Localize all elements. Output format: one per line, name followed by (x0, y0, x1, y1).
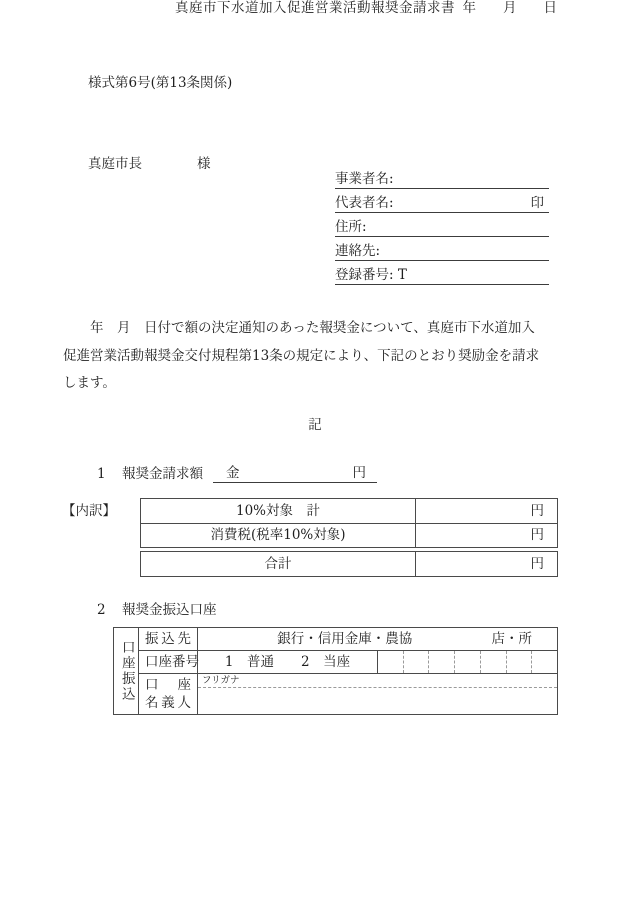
body-line-2: 促進営業活動報奨金交付規程第13条の規定により、下記のとおり奨励金を請求 (63, 343, 549, 371)
account-digit-cells (378, 651, 557, 673)
applicant-fields: 事業者名: 代表者名: 印 住所: 連絡先: 登録番号: T (335, 165, 549, 285)
account-holder-blank (198, 688, 557, 714)
uchiwake-item-label: 消費税(税率10%対象) (141, 524, 416, 547)
addressee-name: 真庭市長 (88, 156, 142, 172)
account-number-label: 口座番号 (145, 653, 191, 671)
field-representative-label: 代表者名: (335, 195, 394, 211)
account-number-row: 口座番号 1 普通 2 当座 (139, 651, 557, 674)
account-digit-cell (378, 651, 403, 673)
uchiwake-table: 10%対象 計 円 消費税(税率10%対象) 円 (140, 498, 558, 548)
uchiwake-total-table: 合計 円 (140, 551, 558, 577)
account-number-cell: 1 普通 2 当座 (198, 651, 557, 673)
field-business-name-label: 事業者名: (335, 171, 394, 187)
account-digit-cell (480, 651, 506, 673)
account-table-main: 振込先 銀行・信用金庫・農協 店・所 口座番号 1 普通 2 当座 口座 (139, 628, 557, 714)
furigana-label: フリガナ (198, 674, 557, 688)
uchiwake-item-label: 10%対象 計 (141, 499, 416, 523)
form-number: 様式第6号(第13条関係) (88, 75, 232, 91)
date-line: 年 月 日 (463, 0, 558, 16)
uchiwake-row-10pct: 10%対象 計 円 (141, 499, 557, 523)
transfer-destination-header: 振込先 (139, 628, 198, 650)
account-holder-label-line2: 名義人 (145, 694, 191, 712)
account-holder-header: 口座 名義人 (139, 674, 198, 714)
body-line-1: 年 月 日付で額の決定通知のあった報奨金について、真庭市下水道加入 (63, 315, 549, 343)
amount-prefix: 金 (226, 465, 240, 481)
ki-marker: 記 (0, 417, 630, 433)
account-number-header: 口座番号 (139, 651, 198, 673)
field-contact: 連絡先: (335, 237, 549, 261)
uchiwake-label: 【内訳】 (62, 503, 116, 519)
amount-suffix: 円 (353, 465, 367, 481)
account-digit-cell (403, 651, 429, 673)
document-page: 様式第6号(第13条関係) 真庭市下水道加入促進営業活動報奨金請求書 年 月 日… (0, 0, 630, 903)
field-representative-name: 代表者名: 印 (335, 189, 549, 213)
transfer-destination-label: 振込先 (145, 630, 191, 648)
account-type-options: 1 普通 2 当座 (198, 651, 378, 673)
branch-type-options: 店・所 (492, 631, 533, 647)
field-address: 住所: (335, 213, 549, 237)
uchiwake-amount-cell: 円 (416, 524, 557, 547)
field-address-label: 住所: (335, 219, 367, 235)
field-contact-label: 連絡先: (335, 243, 380, 259)
seal-mark: 印 (531, 195, 550, 211)
claim-amount-field: 金 円 (213, 463, 377, 483)
uchiwake-amount-cell: 円 (416, 499, 557, 523)
field-business-name: 事業者名: (335, 165, 549, 189)
section1-number: 1 (97, 466, 106, 482)
bank-type-options: 銀行・信用金庫・農協 (198, 631, 492, 647)
account-side-header: 口座振込 (114, 628, 139, 714)
uchiwake-total-amount-cell: 円 (416, 552, 557, 576)
addressee-honorific: 様 (197, 156, 211, 172)
account-holder-row: 口座 名義人 フリガナ (139, 674, 557, 714)
account-digit-cell (506, 651, 532, 673)
account-side-label: 口座振込 (119, 640, 133, 702)
transfer-destination-row: 振込先 銀行・信用金庫・農協 店・所 (139, 628, 557, 651)
field-registration-number: 登録番号: T (335, 261, 549, 285)
section2-number: 2 (97, 602, 106, 618)
field-registration-label: 登録番号: T (335, 267, 407, 283)
section1-label: 報奨金請求額 (122, 466, 203, 482)
section2-label: 報奨金振込口座 (122, 602, 217, 618)
body-line-3: します。 (63, 370, 549, 398)
bank-account-table: 口座振込 振込先 銀行・信用金庫・農協 店・所 口座番号 1 普通 2 当座 (113, 627, 558, 715)
uchiwake-total-label: 合計 (141, 552, 416, 576)
body-paragraph: 年 月 日付で額の決定通知のあった報奨金について、真庭市下水道加入 促進営業活動… (63, 315, 549, 398)
transfer-destination-cell: 銀行・信用金庫・農協 店・所 (198, 628, 557, 650)
account-holder-cell: フリガナ (198, 674, 557, 714)
account-holder-label-line1: 口座 (145, 676, 191, 694)
account-digit-cell (428, 651, 454, 673)
uchiwake-row-tax: 消費税(税率10%対象) 円 (141, 523, 557, 547)
account-digit-cell (531, 651, 557, 673)
uchiwake-row-total: 合計 円 (141, 552, 557, 576)
account-digit-cell (454, 651, 480, 673)
